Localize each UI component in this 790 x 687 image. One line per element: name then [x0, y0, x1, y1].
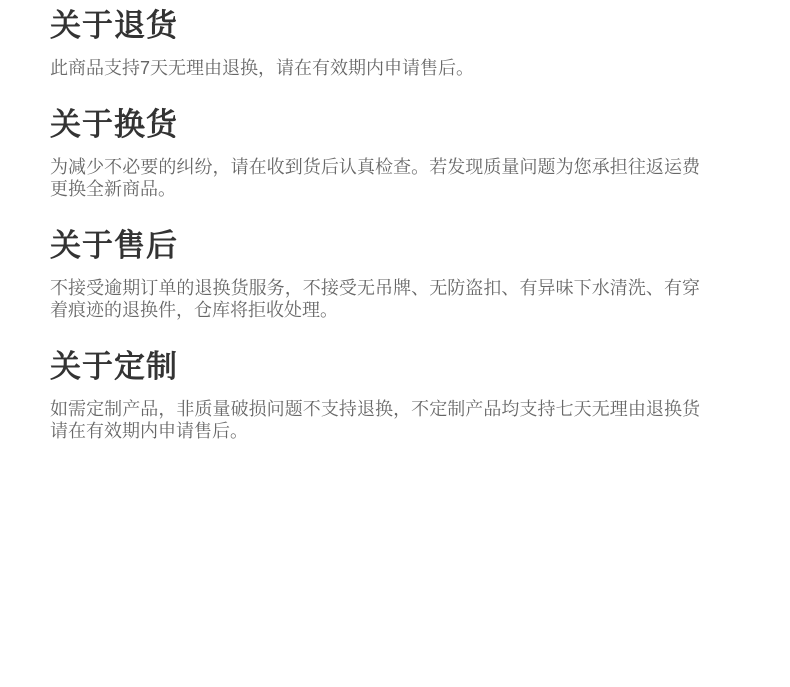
section-body-aftersales: 不接受逾期订单的退换货服务，不接受无吊牌、无防盗扣、有异味下水清洗、有穿着痕迹的…: [50, 277, 700, 321]
policy-page: 关于退货 此商品支持7天无理由退换，请在有效期内申请售后。 关于换货 为减少不必…: [0, 0, 790, 687]
section-heading-exchange: 关于换货: [50, 105, 700, 145]
policy-section-exchange: 关于换货 为减少不必要的纠纷，请在收到货后认真检查。若发现质量问题为您承担往返运…: [50, 105, 700, 200]
policy-section-returns: 关于退货 此商品支持7天无理由退换，请在有效期内申请售后。: [50, 6, 700, 79]
section-body-customization: 如需定制产品，非质量破损问题不支持退换，不定制产品均支持七天无理由退换货请在有效…: [50, 398, 700, 442]
section-heading-customization: 关于定制: [50, 347, 700, 387]
section-heading-aftersales: 关于售后: [50, 226, 700, 266]
section-heading-returns: 关于退货: [50, 6, 700, 46]
policy-section-customization: 关于定制 如需定制产品，非质量破损问题不支持退换，不定制产品均支持七天无理由退换…: [50, 347, 700, 442]
section-body-returns: 此商品支持7天无理由退换，请在有效期内申请售后。: [50, 57, 700, 79]
section-body-exchange: 为减少不必要的纠纷，请在收到货后认真检查。若发现质量问题为您承担往返运费更换全新…: [50, 156, 700, 200]
policy-section-aftersales: 关于售后 不接受逾期订单的退换货服务，不接受无吊牌、无防盗扣、有异味下水清洗、有…: [50, 226, 700, 321]
